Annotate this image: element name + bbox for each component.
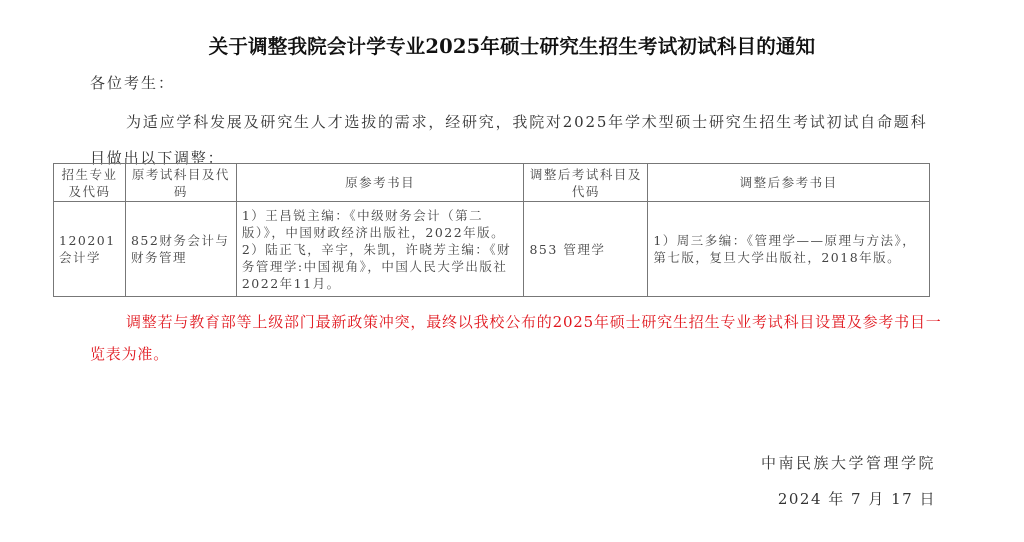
signature-organization: 中南民族大学管理学院 (761, 452, 936, 473)
cell-adjusted-books: 1）周三多编：《管理学——原理与方法》，第七版，复旦大学出版社，2018年版。 (648, 202, 930, 297)
header-adjusted-subject: 调整后考试科目及代码 (524, 164, 648, 202)
cell-original-subject: 852财务会计与财务管理 (125, 202, 236, 297)
subject-adjustment-table: 招生专业及代码 原考试科目及代码 原参考书目 调整后考试科目及代码 调整后参考书… (53, 163, 930, 297)
header-original-subject: 原考试科目及代码 (125, 164, 236, 202)
header-adjusted-books: 调整后参考书目 (648, 164, 930, 202)
table-header-row: 招生专业及代码 原考试科目及代码 原参考书目 调整后考试科目及代码 调整后参考书… (54, 164, 930, 202)
table-row: 120201 会计学 852财务会计与财务管理 1）王昌锐主编：《中级财务会计（… (54, 202, 930, 297)
cell-adjusted-subject: 853 管理学 (524, 202, 648, 297)
document-title: 关于调整我院会计学专业2025年硕士研究生招生考试初试科目的通知 (0, 31, 1024, 59)
signature-date: 2024 年 7 月 17 日 (778, 488, 936, 509)
cell-original-books: 1）王昌锐主编：《中级财务会计（第二版）》，中国财政经济出版社，2022年版。 … (236, 202, 524, 297)
header-original-books: 原参考书目 (236, 164, 524, 202)
header-major: 招生专业及代码 (54, 164, 126, 202)
policy-notice: 调整若与教育部等上级部门最新政策冲突，最终以我校公布的2025年硕士研究生招生专… (90, 306, 950, 370)
greeting: 各位考生： (90, 72, 175, 93)
cell-major: 120201 会计学 (54, 202, 126, 297)
